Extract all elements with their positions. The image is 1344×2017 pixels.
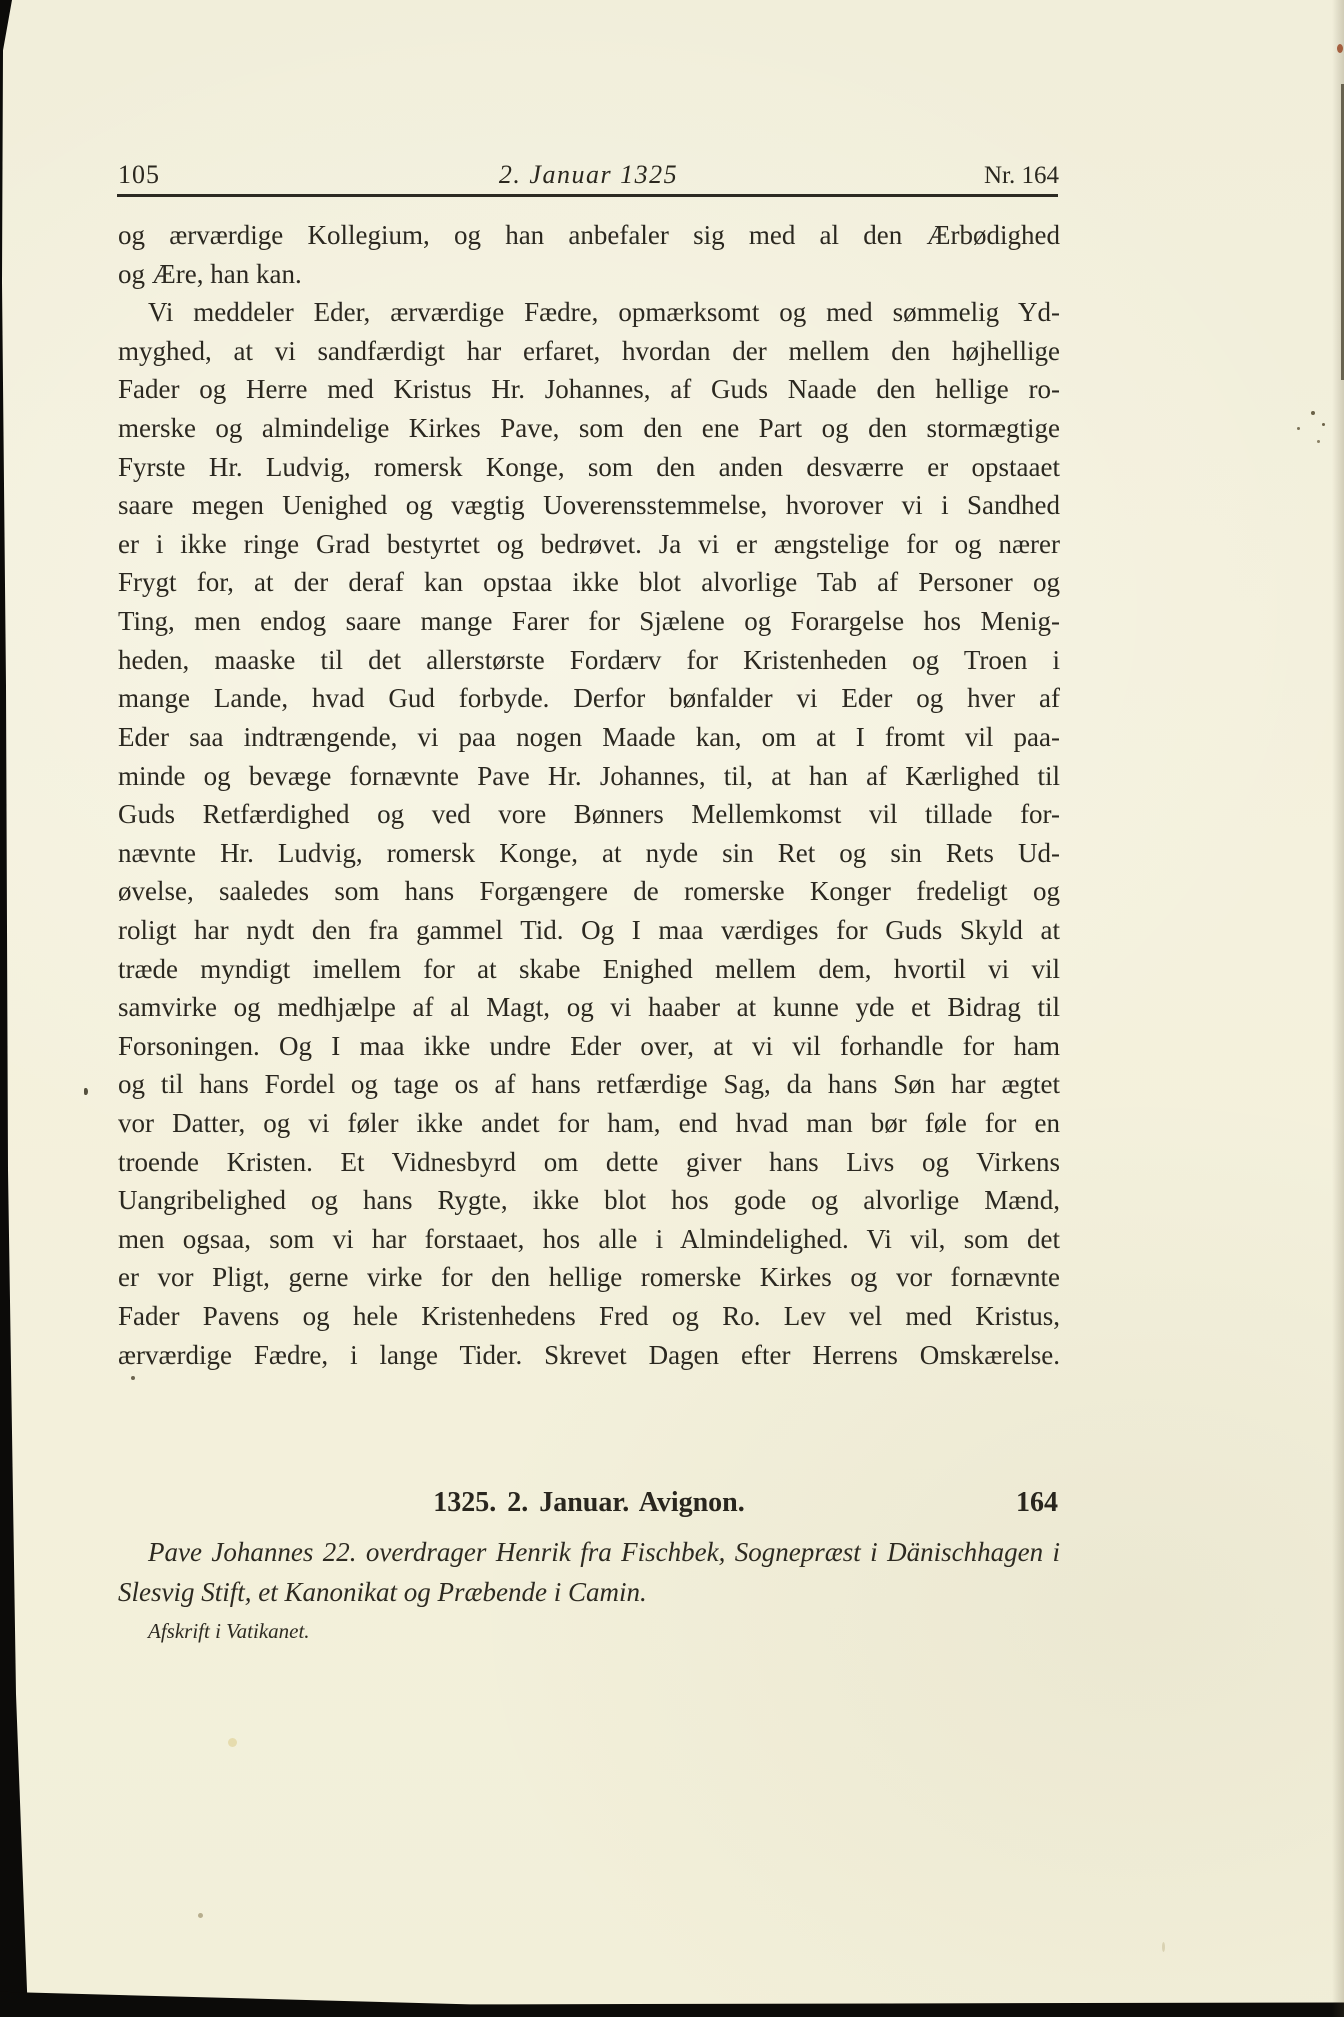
body-line: roligt har nydt den fra gammel Tid. Og I… xyxy=(118,911,1060,950)
body-line: merske og almindelige Kirkes Pave, som d… xyxy=(118,409,1060,448)
paper-speck xyxy=(228,1738,237,1747)
body-line: Fader Pavens og hele Kristenhedens Fred … xyxy=(118,1297,1060,1336)
paper-speck xyxy=(1317,440,1320,443)
paper-speck xyxy=(1162,1942,1165,1952)
body-line: Fyrste Hr. Ludvig, romersk Konge, som de… xyxy=(118,448,1060,487)
body-line: og Ære, han kan. xyxy=(118,255,1060,294)
page-number: 105 xyxy=(118,161,318,189)
paper-speck xyxy=(1337,44,1343,53)
body-line: og til hans Fordel og tage os af hans re… xyxy=(118,1065,1060,1104)
body-line: er i ikke ringe Grad bestyrtet og bedrøv… xyxy=(118,525,1060,564)
body-line: Forsoningen. Og I maa ikke undre Eder ov… xyxy=(118,1027,1060,1066)
body-line: træde myndigt imellem for at skabe Enigh… xyxy=(118,950,1060,989)
body-line: Eder saa indtrængende, vi paa nogen Maad… xyxy=(118,718,1060,757)
body-line: troende Kristen. Et Vidnesbyrd om dette … xyxy=(118,1143,1060,1182)
body-line: mange Lande, hvad Gud forbyde. Derfor bø… xyxy=(118,679,1060,718)
body-line: Uangribelighed og hans Rygte, ikke blot … xyxy=(118,1181,1060,1220)
body-line: samvirke og medhjælpe af al Magt, og vi … xyxy=(118,988,1060,1027)
body-line: ærværdige Fædre, i lange Tider. Skrevet … xyxy=(118,1336,1060,1375)
page-header: 105 2. Januar 1325 Nr. 164 xyxy=(118,161,1059,190)
body-line: Ting, men endog saare mange Farer for Sj… xyxy=(118,602,1060,641)
body-line: øvelse, saaledes som hans Forgængere de … xyxy=(118,872,1060,911)
header-rule xyxy=(117,194,1058,197)
scan-shadow-right xyxy=(1332,0,1344,2017)
paper-speck xyxy=(1311,411,1315,415)
paper-speck xyxy=(198,1913,203,1918)
paper-speck xyxy=(131,1376,135,1380)
body-line: Guds Retfærdighed og ved vore Bønners Me… xyxy=(118,795,1060,834)
source-note: Afskrift i Vatikanet. xyxy=(148,1616,310,1646)
body-line: minde og bevæge fornævnte Pave Hr. Johan… xyxy=(118,757,1060,796)
regest-line: Slesvig Stift, et Kanonikat og Præbende … xyxy=(118,1572,1060,1612)
paper-speck xyxy=(1297,427,1300,430)
body-line: heden, maaske til det allerstørste Fordæ… xyxy=(118,641,1060,680)
regest-line: Pave Johannes 22. overdrager Henrik fra … xyxy=(118,1532,1060,1572)
body-line: saare megen Uenighed og vægtig Uoverenss… xyxy=(118,486,1060,525)
letter-body: og ærværdige Kollegium, og han anbefaler… xyxy=(118,216,1060,1374)
body-line: er vor Pligt, gerne virke for den hellig… xyxy=(118,1258,1060,1297)
body-line: Vi meddeler Eder, ærværdige Fædre, opmær… xyxy=(118,293,1060,332)
entry-number: 164 xyxy=(1016,1486,1058,1520)
entry-heading: 1325. 2. Januar. Avignon. xyxy=(118,1486,1060,1520)
body-line: Frygt for, at der deraf kan opstaa ikke … xyxy=(118,563,1060,602)
body-line: Fader og Herre med Kristus Hr. Johannes,… xyxy=(118,370,1060,409)
paper-speck xyxy=(1322,423,1325,426)
body-line: og ærværdige Kollegium, og han anbefaler… xyxy=(118,216,1060,255)
body-line: men ogsaa, som vi har forstaaet, hos all… xyxy=(118,1220,1060,1259)
body-line: nævnte Hr. Ludvig, romersk Konge, at nyd… xyxy=(118,834,1060,873)
regest-summary: Pave Johannes 22. overdrager Henrik fra … xyxy=(118,1532,1060,1612)
entry-heading-row: 1325. 2. Januar. Avignon. 164 xyxy=(118,1486,1060,1520)
document-number-label: Nr. 164 xyxy=(859,162,1059,190)
body-line: myghed, at vi sandfærdigt har erfaret, h… xyxy=(118,332,1060,371)
paper-speck xyxy=(84,1088,88,1095)
body-line: vor Datter, og vi føler ikke andet for h… xyxy=(118,1104,1060,1143)
running-head: 2. Januar 1325 xyxy=(318,161,859,189)
